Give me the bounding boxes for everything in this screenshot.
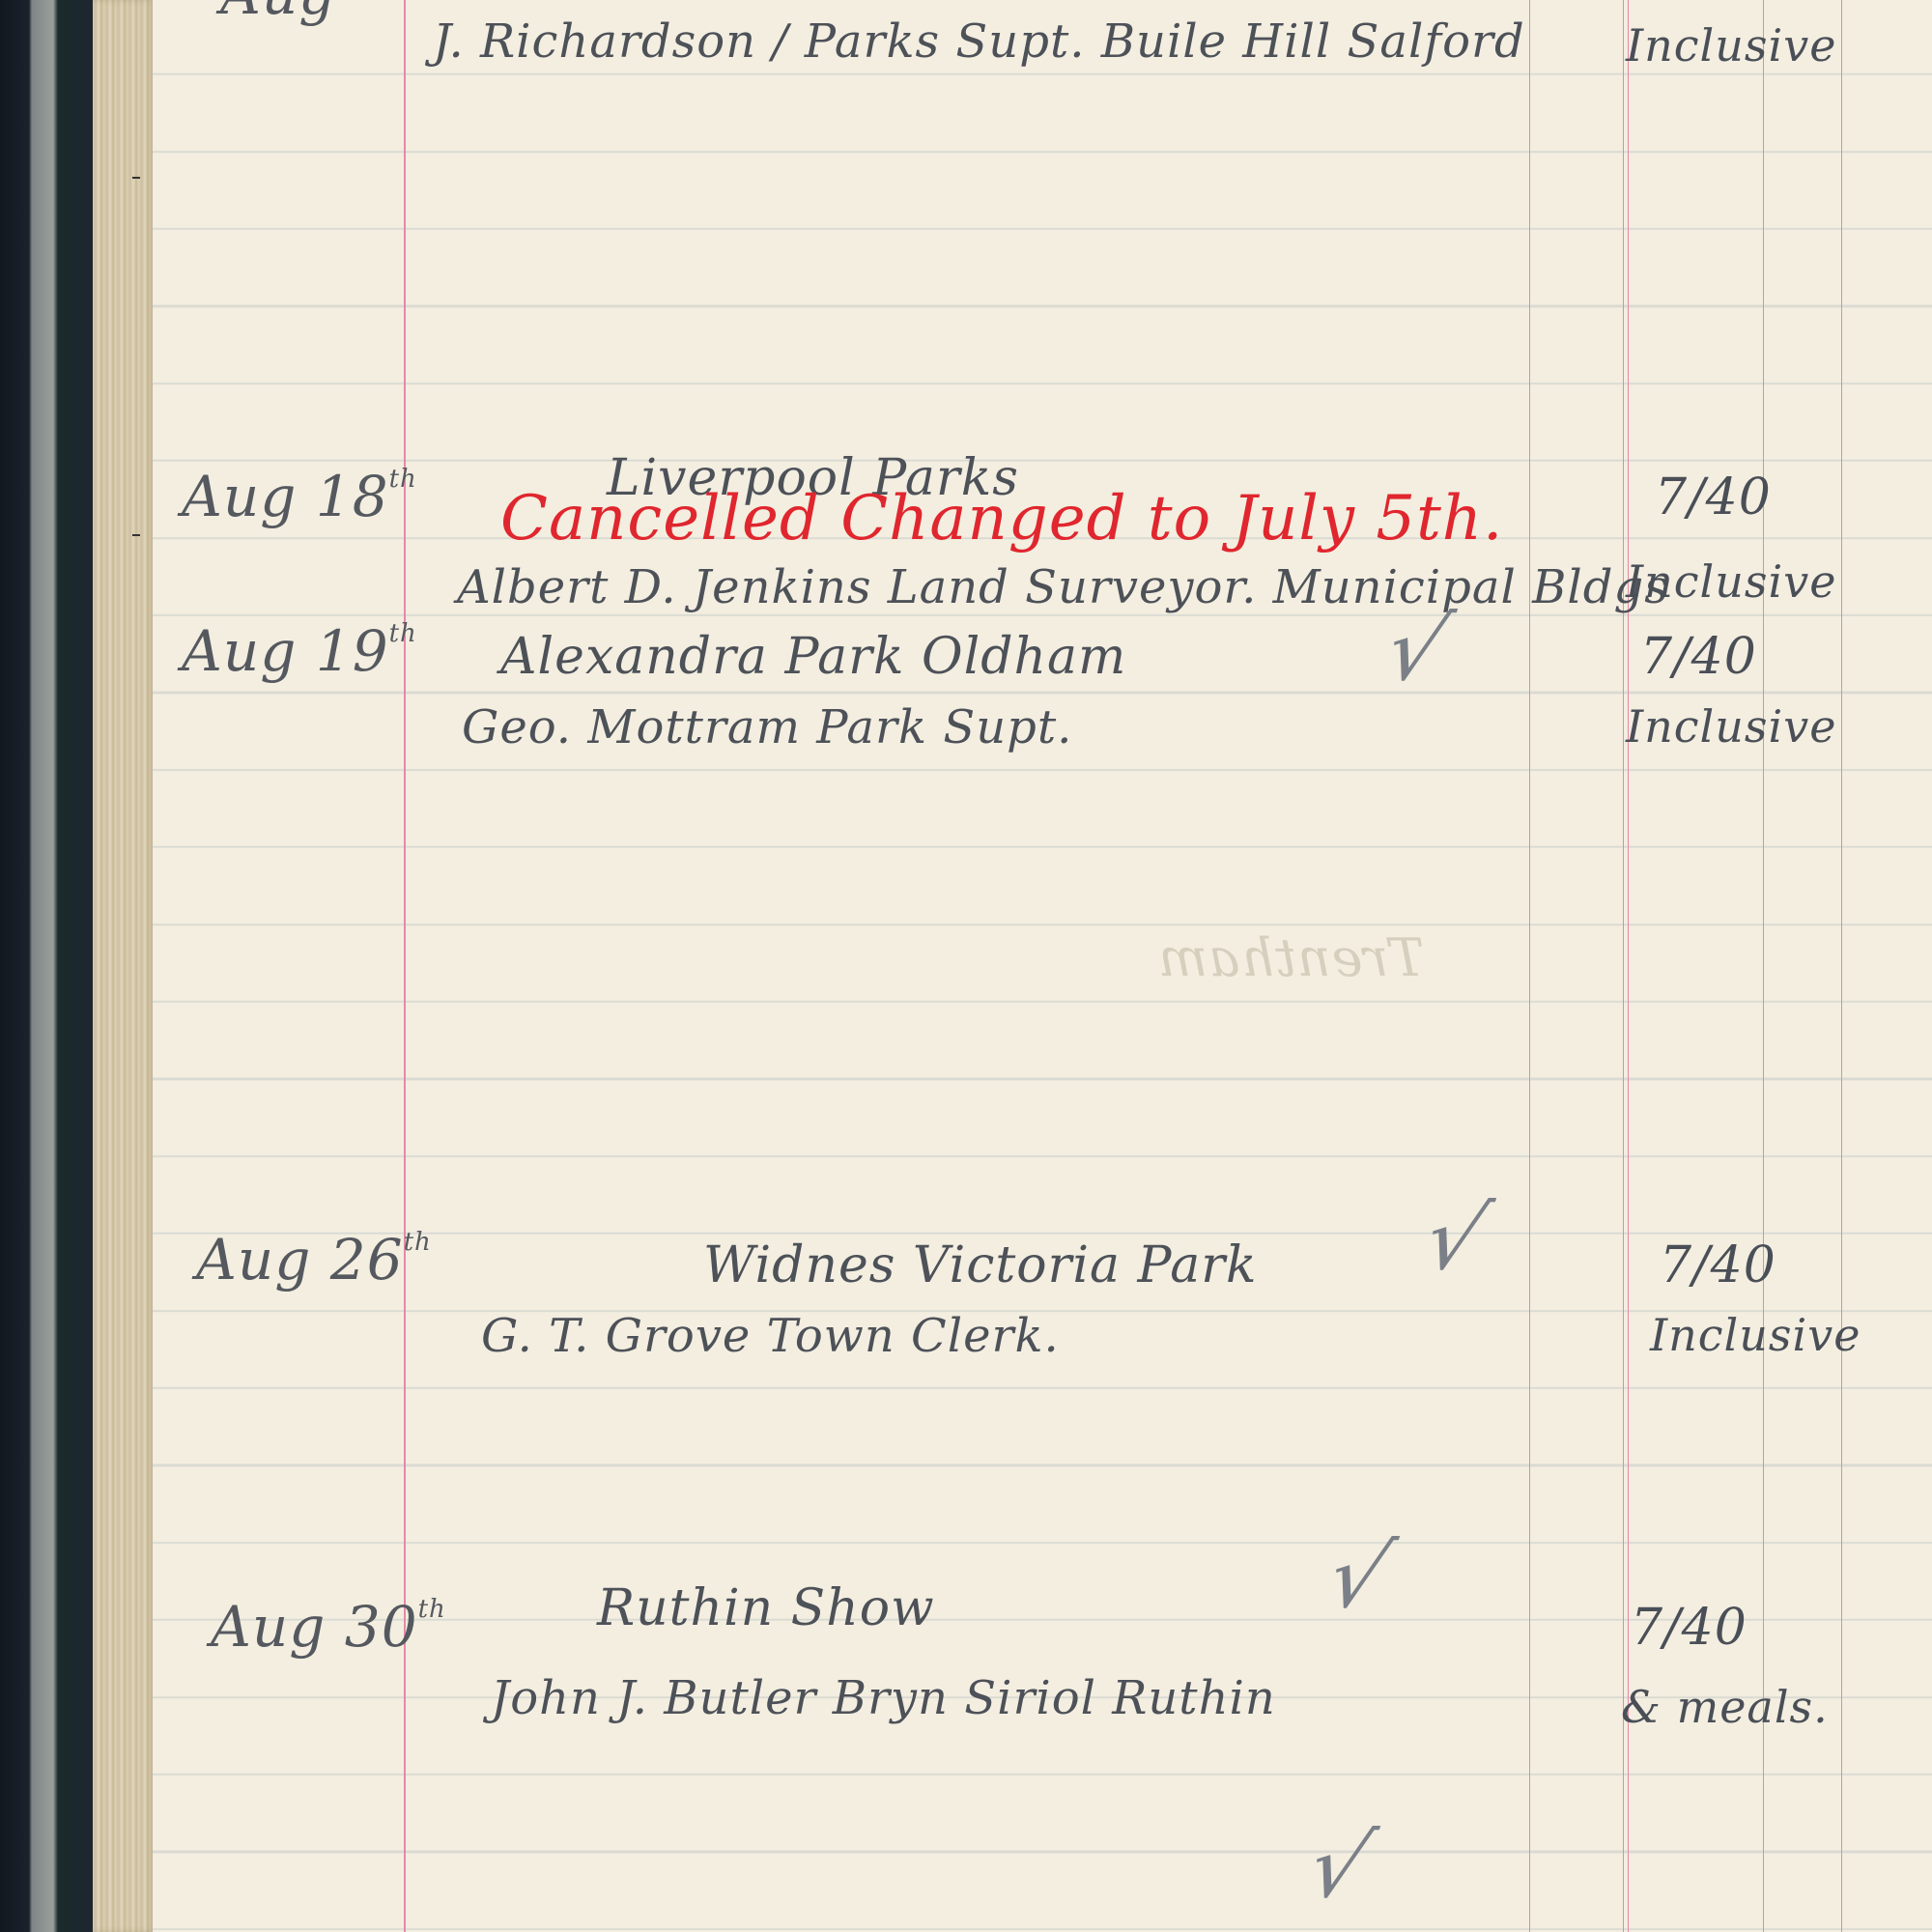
checkmark-icon: √ [1295,1816,1384,1918]
entry-terms: Inclusive [1626,555,1836,608]
entry-contact: John J. Butler Bryn Siriol Ruthin [491,1671,1276,1725]
column-rule [1529,0,1530,1932]
entry-terms: & meals. [1621,1681,1829,1733]
entry-date: Aug 26th [196,1227,432,1293]
entry-fee: 7/40 [1631,1599,1747,1657]
entry-fee: 7/40 [1655,469,1772,526]
entry-contact: G. T. Grove Town Clerk. [481,1309,1060,1363]
entry-fee: 7/40 [1660,1236,1776,1294]
entry-date: Aug [220,0,335,27]
page-edge-mark [132,534,140,536]
entry-venue: Ruthin Show [597,1579,935,1637]
column-rule [1623,0,1624,1932]
show-through-text: Trentham [1157,927,1424,988]
entry-venue: Widnes Victoria Park [703,1236,1258,1294]
entry-date: Aug 19th [182,618,417,684]
column-rule [1841,0,1842,1932]
entry-fee: 7/40 [1640,628,1757,686]
entry-contact: J. Richardson / Parks Supt. Buile Hill S… [433,14,1525,69]
page-stack-edge [93,0,155,1932]
column-rule [1763,0,1764,1932]
page-edge-mark [132,177,140,179]
entry-terms: Inclusive [1626,700,1836,753]
entry-contact: Geo. Mottram Park Supt. [462,700,1072,754]
entry-terms: Inclusive [1650,1309,1861,1361]
column-rule [1628,0,1629,1932]
checkmark-icon: √ [1315,1526,1404,1628]
entry-terms: Inclusive [1626,19,1836,71]
entry-contact: Albert D. Jenkins Land Surveyor. Municip… [457,560,1669,614]
book-binding [0,0,97,1932]
entry-venue: Alexandra Park Oldham [500,628,1126,686]
entry-date: Aug 30th [211,1594,446,1660]
entry-date: Aug 18th [182,464,417,529]
checkmark-icon: √ [1411,1188,1500,1290]
ledger-page: Trentham Aug J. Richardson / Parks Supt.… [153,0,1932,1932]
cancellation-note: Cancelled Changed to July 5th. [500,483,1503,554]
